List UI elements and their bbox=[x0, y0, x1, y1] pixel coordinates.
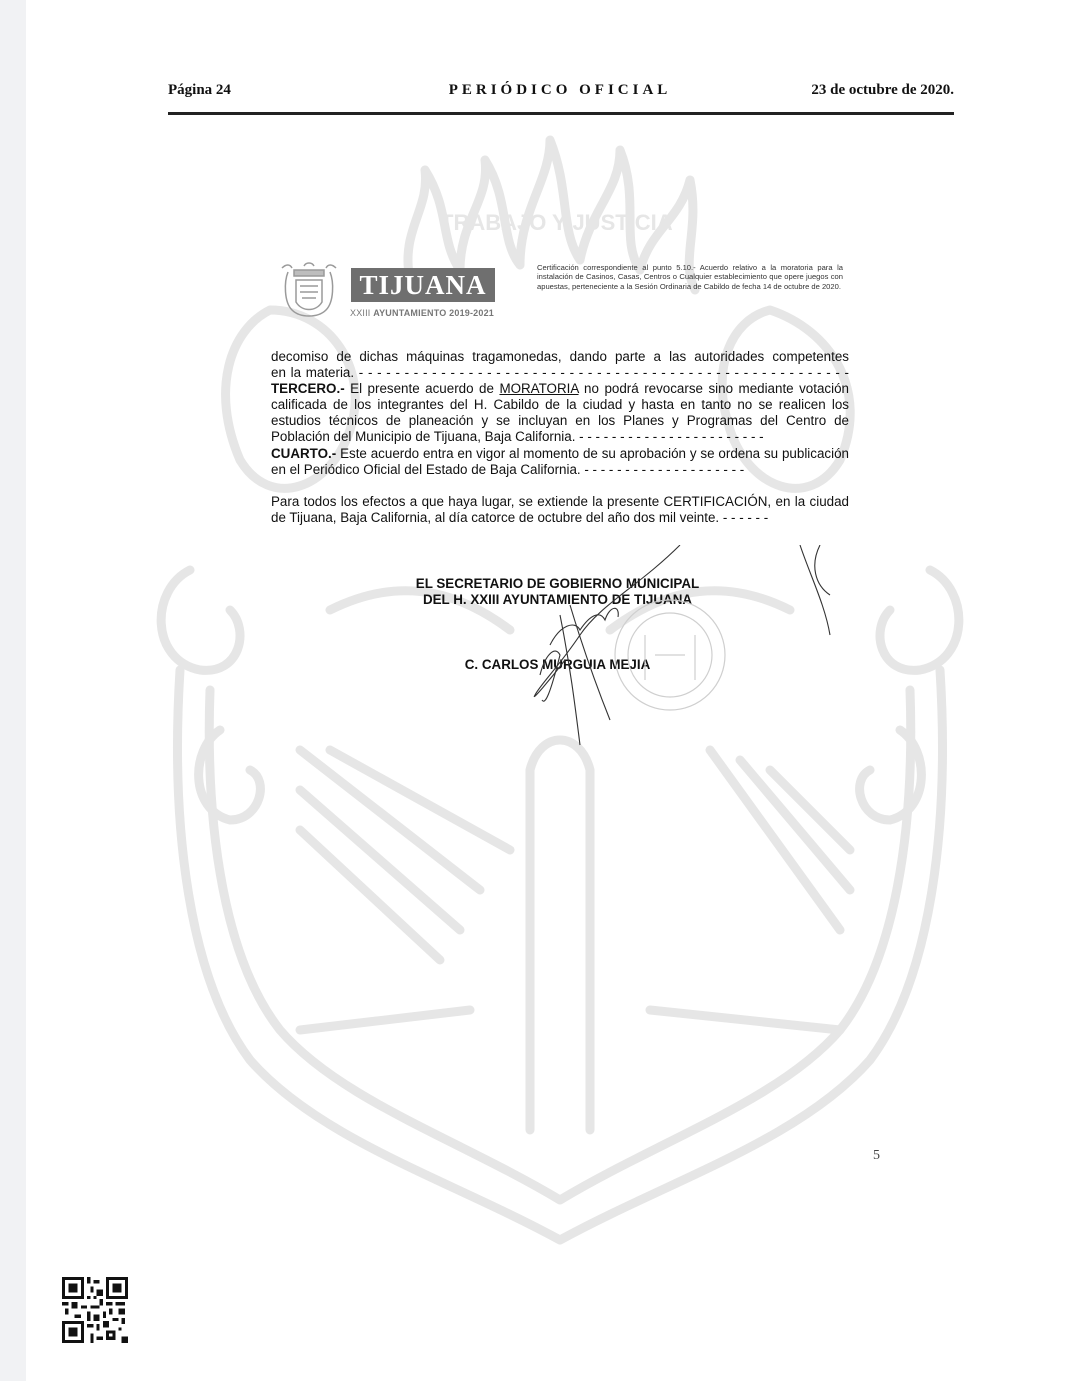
document-body: decomiso de dichas máquinas tragamonedas… bbox=[271, 349, 849, 526]
cuarto-clause: CUARTO.- Este acuerdo entra en vigor al … bbox=[271, 446, 849, 478]
ayuntamiento-subtitle: XXIII AYUNTAMIENTO 2019-2021 bbox=[350, 308, 494, 318]
closing-paragraph: Para todos los efectos a que haya lugar,… bbox=[271, 494, 849, 526]
tercero-clause: TERCERO.- El presente acuerdo de MORATOR… bbox=[271, 381, 849, 445]
intro-line-1: decomiso de dichas máquinas tragamonedas… bbox=[271, 349, 849, 365]
intro-line-2: en la materia. - - - - - - - - - - - - -… bbox=[271, 365, 849, 381]
page-number: 5 bbox=[873, 1148, 880, 1164]
tercero-label: TERCERO.- bbox=[271, 381, 345, 396]
cuarto-label: CUARTO.- bbox=[271, 446, 336, 461]
tijuana-crest-icon bbox=[280, 262, 338, 322]
signatory-title: EL SECRETARIO DE GOBIERNO MUNICIPAL DEL … bbox=[380, 576, 735, 608]
tijuana-brand: TIJUANA bbox=[351, 268, 495, 302]
viewer-left-margin bbox=[0, 0, 26, 1381]
certification-note: Certificación correspondiente al punto 5… bbox=[537, 263, 843, 291]
svg-text:TRABAJO Y JUSTICIA: TRABAJO Y JUSTICIA bbox=[440, 210, 673, 235]
signatory-name: C. CARLOS MURGUIA MEJIA bbox=[380, 657, 735, 672]
qr-code-icon bbox=[62, 1277, 128, 1343]
moratoria-emphasis: MORATORIA bbox=[499, 381, 578, 396]
header-rule bbox=[168, 112, 954, 115]
coat-of-arms-watermark-icon: TRABAJO Y JUSTICIA bbox=[150, 130, 970, 1260]
publication-date: 23 de octubre de 2020. bbox=[811, 82, 954, 99]
